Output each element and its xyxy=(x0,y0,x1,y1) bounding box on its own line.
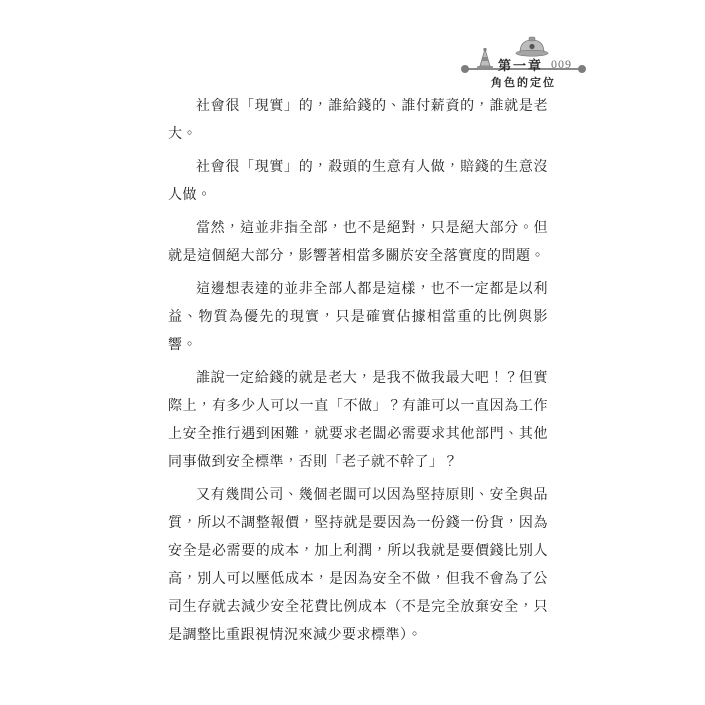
book-page: 第一章 009 角色的定位 社會很「現實」的，誰給錢的、誰付薪資的，誰就是老大。… xyxy=(0,0,705,705)
paragraph: 當然，這並非指全部，也不是絕對，只是絕大部分。但就是這個絕大部分，影響著相當多關… xyxy=(168,215,548,271)
page-number: 009 xyxy=(551,57,572,72)
page-header: 第一章 009 角色的定位 xyxy=(0,0,705,95)
paragraph: 社會很「現實」的，誰給錢的、誰付薪資的，誰就是老大。 xyxy=(168,93,548,149)
traffic-cone-icon xyxy=(476,47,494,69)
paragraph: 這邊想表達的並非全部人都是這樣，也不一定都是以利益、物質為優先的現實，只是確實佔… xyxy=(168,276,548,360)
chapter-title: 角色的定位 xyxy=(465,74,582,90)
paragraph: 又有幾間公司、幾個老闆可以因為堅持原則、安全與品質，所以不調整報價，堅持就是要因… xyxy=(168,482,548,650)
body-text: 社會很「現實」的，誰給錢的、誰付薪資的，誰就是老大。 社會很「現實」的，殺頭的生… xyxy=(168,93,548,655)
paragraph: 社會很「現實」的，殺頭的生意有人做，賠錢的生意沒人做。 xyxy=(168,154,548,210)
hard-hat-icon xyxy=(513,36,551,58)
paragraph: 誰說一定給錢的就是老大，是我不做我最大吧！？但實際上，有多少人可以一直「不做」？… xyxy=(168,365,548,477)
